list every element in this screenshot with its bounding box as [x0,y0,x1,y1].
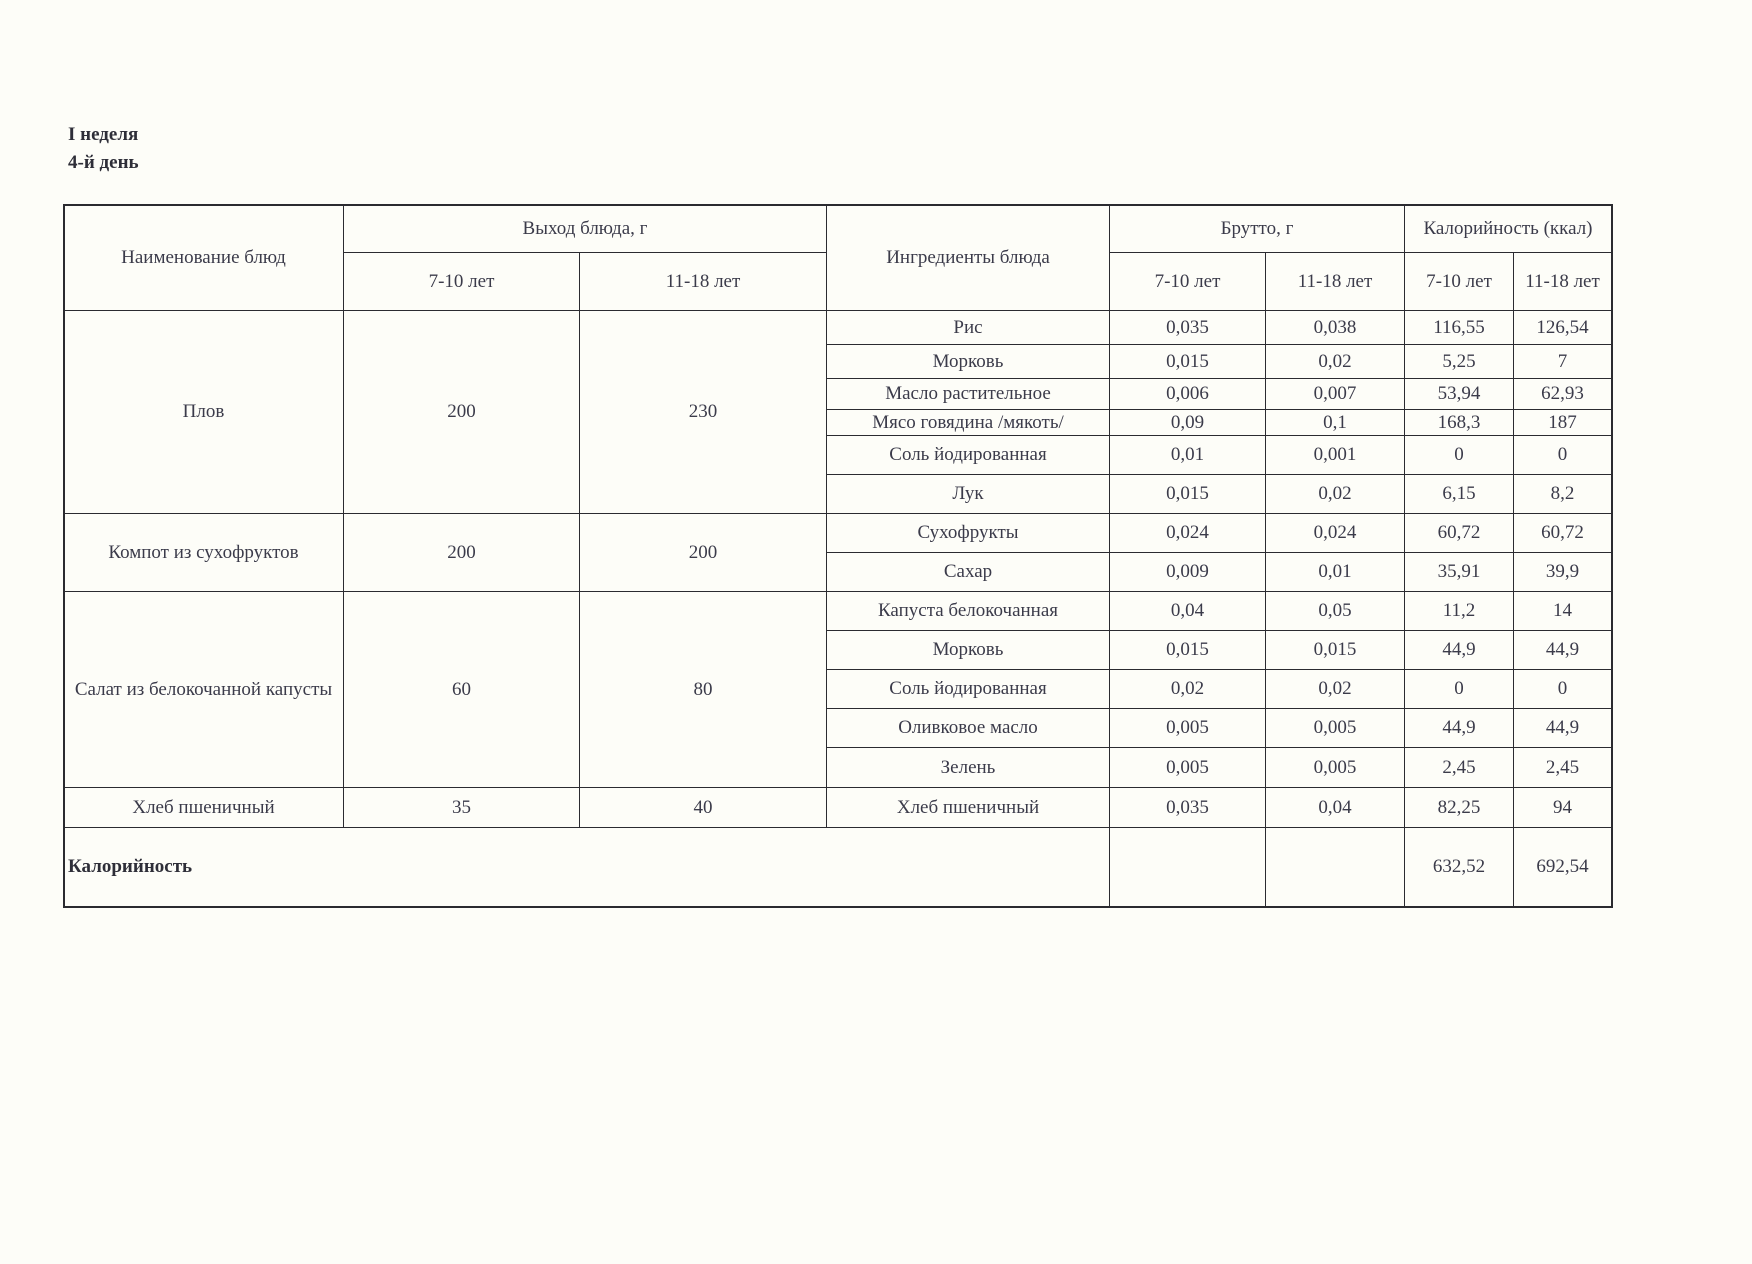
kcal-11-18: 126,54 [1513,310,1612,345]
gross-7-10: 0,02 [1109,669,1266,709]
dish-yield-11-18: 230 [579,310,827,514]
kcal-11-18: 187 [1513,409,1612,436]
kcal-7-10: 6,15 [1404,474,1514,514]
ingredient-name: Морковь [826,344,1110,379]
kcal-11-18: 0 [1513,669,1612,709]
gross-7-10: 0,015 [1109,630,1266,670]
kcal-7-10: 0 [1404,669,1514,709]
gross-7-10: 0,035 [1109,787,1266,828]
kcal-7-10: 11,2 [1404,591,1514,631]
gross-7-10: 0,006 [1109,378,1266,410]
total-kcal-7-10: 632,52 [1404,827,1514,907]
kcal-11-18: 39,9 [1513,552,1612,592]
gross-11-18: 0,02 [1265,474,1405,514]
kcal-11-18: 44,9 [1513,708,1612,748]
gross-7-10: 0,01 [1109,435,1266,475]
header-ingredients: Ингредиенты блюда [826,204,1110,311]
ingredient-name: Соль йодированная [826,669,1110,709]
gross-11-18: 0,02 [1265,669,1405,709]
menu-table: Наименование блюдВыход блюда, г7-10 лет1… [0,0,1752,1264]
header-yield: Выход блюда, г [343,204,827,253]
kcal-11-18: 62,93 [1513,378,1612,410]
header-yield-7-10: 7-10 лет [343,252,580,311]
ingredient-name: Капуста белокочанная [826,591,1110,631]
gross-7-10: 0,015 [1109,474,1266,514]
kcal-7-10: 35,91 [1404,552,1514,592]
total-gross-7-10 [1109,827,1266,907]
kcal-11-18: 94 [1513,787,1612,828]
gross-7-10: 0,005 [1109,708,1266,748]
dish-yield-7-10: 60 [343,591,580,788]
gross-11-18: 0,005 [1265,708,1405,748]
gross-11-18: 0,04 [1265,787,1405,828]
total-label: Калорийность [63,827,1110,907]
gross-7-10: 0,035 [1109,310,1266,345]
dish-yield-7-10: 200 [343,310,580,514]
gross-11-18: 0,005 [1265,747,1405,788]
gross-7-10: 0,005 [1109,747,1266,788]
gross-11-18: 0,001 [1265,435,1405,475]
ingredient-name: Морковь [826,630,1110,670]
ingredient-name: Соль йодированная [826,435,1110,475]
dish-name: Плов [63,310,344,514]
total-gross-11-18 [1265,827,1405,907]
total-kcal-11-18: 692,54 [1513,827,1612,907]
ingredient-name: Оливковое масло [826,708,1110,748]
kcal-11-18: 0 [1513,435,1612,475]
kcal-7-10: 116,55 [1404,310,1514,345]
header-calories: Калорийность (ккал) [1404,204,1612,253]
kcal-7-10: 60,72 [1404,513,1514,553]
dish-yield-11-18: 80 [579,591,827,788]
gross-11-18: 0,007 [1265,378,1405,410]
header-gross-7-10: 7-10 лет [1109,252,1266,311]
kcal-7-10: 82,25 [1404,787,1514,828]
kcal-11-18: 8,2 [1513,474,1612,514]
gross-7-10: 0,015 [1109,344,1266,379]
gross-7-10: 0,024 [1109,513,1266,553]
kcal-7-10: 2,45 [1404,747,1514,788]
gross-7-10: 0,04 [1109,591,1266,631]
gross-7-10: 0,09 [1109,409,1266,436]
kcal-11-18: 7 [1513,344,1612,379]
dish-yield-7-10: 35 [343,787,580,828]
kcal-7-10: 53,94 [1404,378,1514,410]
kcal-11-18: 60,72 [1513,513,1612,553]
gross-11-18: 0,038 [1265,310,1405,345]
gross-11-18: 0,02 [1265,344,1405,379]
gross-11-18: 0,015 [1265,630,1405,670]
dish-name: Салат из белокочанной капусты [63,591,344,788]
header-kcal-11-18: 11-18 лет [1513,252,1612,311]
ingredient-name: Мясо говядина /мякоть/ [826,409,1110,436]
ingredient-name: Сахар [826,552,1110,592]
header-gross-11-18: 11-18 лет [1265,252,1405,311]
dish-name: Компот из сухофруктов [63,513,344,592]
kcal-11-18: 14 [1513,591,1612,631]
header-gross: Брутто, г [1109,204,1405,253]
kcal-11-18: 2,45 [1513,747,1612,788]
kcal-7-10: 168,3 [1404,409,1514,436]
ingredient-name: Зелень [826,747,1110,788]
kcal-11-18: 44,9 [1513,630,1612,670]
ingredient-name: Рис [826,310,1110,345]
kcal-7-10: 44,9 [1404,708,1514,748]
kcal-7-10: 5,25 [1404,344,1514,379]
ingredient-name: Масло растительное [826,378,1110,410]
ingredient-name: Лук [826,474,1110,514]
header-kcal-7-10: 7-10 лет [1404,252,1514,311]
header-dish-name: Наименование блюд [63,204,344,311]
gross-11-18: 0,024 [1265,513,1405,553]
gross-11-18: 0,01 [1265,552,1405,592]
dish-yield-11-18: 200 [579,513,827,592]
dish-yield-7-10: 200 [343,513,580,592]
kcal-7-10: 0 [1404,435,1514,475]
kcal-7-10: 44,9 [1404,630,1514,670]
dish-yield-11-18: 40 [579,787,827,828]
ingredient-name: Хлеб пшеничный [826,787,1110,828]
gross-11-18: 0,1 [1265,409,1405,436]
header-yield-11-18: 11-18 лет [579,252,827,311]
dish-name: Хлеб пшеничный [63,787,344,828]
ingredient-name: Сухофрукты [826,513,1110,553]
gross-7-10: 0,009 [1109,552,1266,592]
gross-11-18: 0,05 [1265,591,1405,631]
